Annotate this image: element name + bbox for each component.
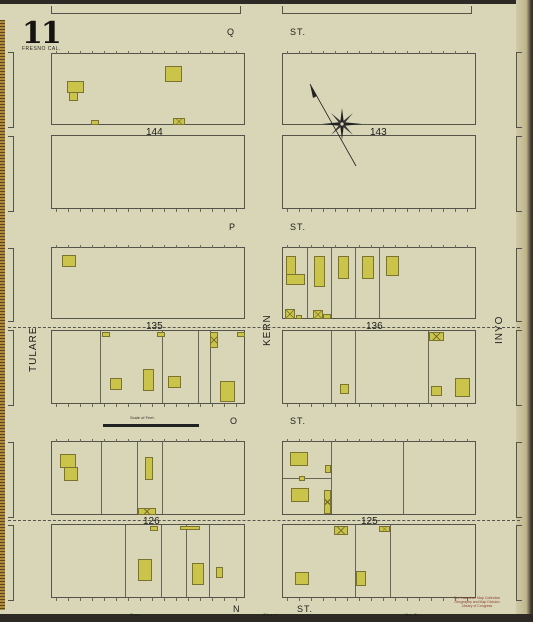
alley-line-135-136 <box>8 327 520 328</box>
lot-line <box>331 331 332 403</box>
lot-line <box>355 248 356 318</box>
building <box>314 256 325 287</box>
binding-ruler <box>0 20 5 610</box>
street-suffix-n: ST. <box>297 604 313 614</box>
sheet-ref-number: No.5 <box>405 612 417 617</box>
building <box>165 66 182 82</box>
lot-ticks <box>287 209 473 212</box>
block-135-north-half <box>51 247 245 319</box>
building <box>145 457 153 480</box>
street-suffix-p: ST. <box>290 222 306 232</box>
building <box>150 526 158 531</box>
street-label-n: N <box>233 604 241 614</box>
building <box>431 386 442 396</box>
sheet-number: 11 <box>22 20 60 48</box>
lot-line <box>283 478 331 479</box>
building <box>338 256 349 279</box>
building <box>157 332 165 337</box>
lot-line <box>186 525 187 597</box>
block-144-south-half <box>51 135 245 209</box>
lot-line <box>101 442 102 514</box>
lot-line <box>307 248 308 318</box>
building-stable <box>324 490 331 514</box>
building-stable <box>285 309 295 319</box>
lot-line <box>403 442 404 514</box>
building-stable <box>173 118 185 125</box>
building <box>69 92 78 101</box>
adjoining-block-left-5 <box>8 442 14 518</box>
lot-ticks <box>56 598 242 601</box>
adjoining-block-left-3 <box>8 248 14 322</box>
building <box>91 120 99 125</box>
building <box>216 567 223 578</box>
street-label-tulare: TULARE <box>28 327 39 372</box>
building <box>60 454 76 468</box>
block-125-north-half <box>282 441 476 515</box>
building <box>323 314 331 319</box>
adjoining-block-right-2 <box>516 136 522 212</box>
library-credit: Fire Insurance Map Collection Geography … <box>437 596 517 608</box>
building <box>362 256 374 279</box>
lot-line <box>355 331 356 403</box>
adjoining-block-right-1 <box>516 52 522 128</box>
building <box>168 376 181 388</box>
adjoining-block-left-4 <box>8 330 14 406</box>
adjoining-block-left-1 <box>8 52 14 128</box>
building-stable <box>313 310 323 319</box>
lot-line <box>331 248 332 318</box>
adjoining-block-left-2 <box>8 136 14 212</box>
lot-line <box>331 442 332 514</box>
lot-ticks <box>56 404 242 407</box>
lot-line <box>428 331 429 403</box>
adjoining-block-right-4 <box>516 330 522 406</box>
building <box>192 563 204 585</box>
lot-line <box>390 525 391 597</box>
building <box>237 332 245 337</box>
adjoining-block-right-3 <box>516 248 522 322</box>
adjoining-block-left-6 <box>8 525 14 601</box>
building <box>64 467 78 481</box>
scale-label: Scale of Feet. <box>130 415 155 420</box>
building <box>180 526 200 530</box>
lot-line <box>198 331 199 403</box>
street-label-q: Q <box>227 27 235 37</box>
lot-line <box>162 331 163 403</box>
street-label-o: O <box>230 416 238 426</box>
building <box>291 488 309 502</box>
block-126-north-half <box>51 441 245 515</box>
building <box>455 378 470 397</box>
lot-ticks <box>56 439 242 442</box>
block-126-south-half <box>51 524 245 598</box>
street-label-kern: KERN <box>262 314 273 346</box>
lot-ticks <box>56 51 242 54</box>
lot-ticks <box>56 245 242 248</box>
lot-line <box>125 525 126 597</box>
street-label-inyo: INYO <box>494 316 505 344</box>
building <box>356 571 366 586</box>
building <box>143 369 154 391</box>
building <box>295 572 309 585</box>
block-125-south-half <box>282 524 476 598</box>
building-stable <box>138 508 156 515</box>
lot-ticks <box>287 245 473 248</box>
building <box>110 378 122 390</box>
building-stable <box>379 526 390 532</box>
street-suffix-q: ST. <box>290 27 306 37</box>
building <box>386 256 399 276</box>
block-135-south-half <box>51 330 245 404</box>
lot-ticks <box>287 404 473 407</box>
lot-ticks <box>287 439 473 442</box>
adjoining-block-top-left <box>51 6 241 14</box>
lot-line <box>209 525 210 597</box>
adjoining-block-right-5 <box>516 442 522 518</box>
scale-bar <box>103 424 199 427</box>
block-136-south-half <box>282 330 476 404</box>
building-stable <box>334 526 348 535</box>
building <box>286 274 305 285</box>
building <box>296 315 302 319</box>
lot-line <box>162 442 163 514</box>
building <box>62 255 76 267</box>
building <box>299 476 305 481</box>
building <box>138 559 152 581</box>
building <box>340 384 349 394</box>
building <box>220 381 235 402</box>
lot-line <box>137 442 138 514</box>
block-144-north-half <box>51 53 245 125</box>
lot-ticks <box>56 209 242 212</box>
building-stable <box>210 332 218 348</box>
street-label-p: P <box>229 222 236 232</box>
building <box>290 452 308 466</box>
lot-line <box>355 525 356 597</box>
sheet-label: Sheet <box>263 612 278 617</box>
lot-line <box>379 248 380 318</box>
building-stable <box>429 332 444 341</box>
lot-line <box>161 525 162 597</box>
compass-rose-icon <box>300 78 370 168</box>
credit-line-3: Library of Congress <box>437 604 517 608</box>
lot-line <box>100 331 101 403</box>
alley-line-126-125 <box>8 520 520 521</box>
lot-ticks <box>287 51 473 54</box>
street-suffix-o: ST. <box>290 416 306 426</box>
adjoining-block-top-right <box>282 6 472 14</box>
building <box>102 332 110 337</box>
see-label: See <box>130 612 140 617</box>
building <box>325 465 331 473</box>
adjoining-block-right-6 <box>516 525 522 601</box>
block-136-north-half <box>282 247 476 319</box>
